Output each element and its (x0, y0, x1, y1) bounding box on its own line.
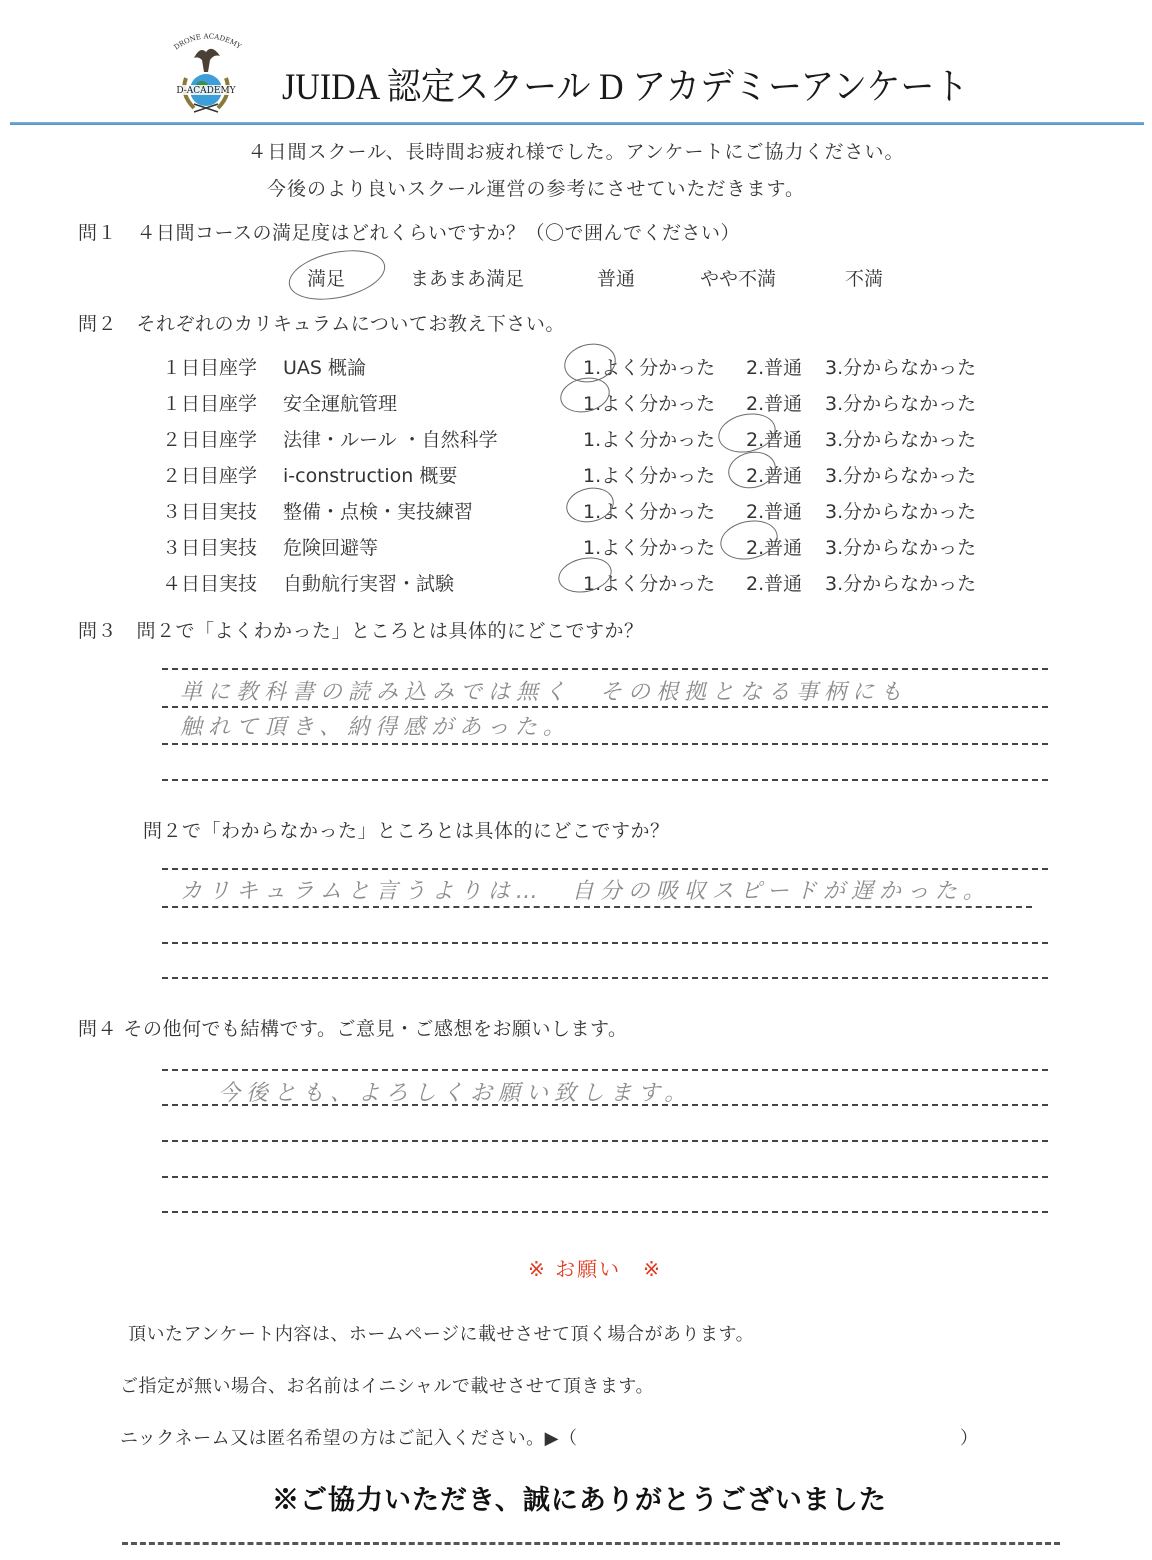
q2-row-3-choice-3[interactable]: 3.分からなかった (825, 425, 976, 452)
svg-text:DRONE ACADEMY: DRONE ACADEMY (173, 32, 243, 51)
q1-label: 問１ ４日間コースの満足度はどれくらいですか？（〇で囲んでください） (78, 218, 740, 245)
header-divider (10, 122, 1144, 125)
q4-answer-line-4[interactable] (162, 1176, 1048, 1178)
q3-answer-text-2: 触れて頂き、納得感があった。 (180, 710, 571, 741)
q3-answer-line-4[interactable] (162, 779, 1048, 781)
notice-title: ※ お願い ※ (528, 1253, 662, 1282)
page-title: JUIDA 認定スクール D アカデミーアンケート (282, 56, 968, 110)
q1-option-dissatisfied[interactable]: 不満 (845, 264, 883, 291)
q3-sub-label: 問２で「わからなかった」ところとは具体的にどこですか？ (143, 816, 670, 843)
q2-row-2-choice-3[interactable]: 3.分からなかった (825, 389, 976, 416)
q1-option-neutral[interactable]: 普通 (597, 264, 635, 291)
q2-row-6-choice-3[interactable]: 3.分からなかった (825, 533, 976, 560)
q2-label: 問２ それぞれのカリキュラムについてお教え下さい。 (78, 309, 565, 336)
q4-answer-text-1: 今後とも、よろしくお願い致します。 (218, 1076, 692, 1107)
q2-row-4-choice-1[interactable]: 1.よく分かった (583, 461, 715, 488)
notice-line-1: 頂いたアンケート内容は、ホームページに載せさせて頂く場合があります。 (128, 1320, 754, 1346)
q3-sub-answer-text-1: カリキュラムと言うよりは… 自分の吸収スピードが遅かった。 (180, 874, 991, 905)
intro-line-1: ４日間スクール、長時間お疲れ様でした。アンケートにご協力ください。 (0, 137, 1152, 164)
q1-selected-circle (284, 242, 389, 307)
nickname-label: ニックネーム又は匿名希望の方はご記入ください。▶（ (120, 1424, 577, 1450)
q2-row-2-subject: 安全運航管理 (283, 389, 397, 416)
notice-line-2: ご指定が無い場合、お名前はイニシャルで載せさせて頂きます。 (120, 1372, 654, 1398)
q2-row-7-subject: 自動航行実習・試験 (283, 569, 454, 596)
q3-sub-answer-line-3[interactable] (162, 942, 1048, 944)
q2-row-7-day: ４日目実技 (162, 569, 257, 596)
q2-row-5-subject: 整備・点検・実技練習 (283, 497, 473, 524)
q2-row-1-subject: UAS 概論 (283, 353, 366, 380)
q2-row-5-choice-3[interactable]: 3.分からなかった (825, 497, 976, 524)
q2-row-3-choice-1[interactable]: 1.よく分かった (583, 425, 715, 452)
q3-sub-answer-line-4[interactable] (162, 977, 1048, 979)
svg-text:D-ACADEMY: D-ACADEMY (176, 86, 236, 96)
q2-row-1-choice-2[interactable]: 2.普通 (746, 353, 802, 380)
q2-row-6-choice-1[interactable]: 1.よく分かった (583, 533, 715, 560)
q3-answer-text-1: 単に教科書の読み込みでは無く その根拠となる事柄にも (180, 675, 908, 706)
q4-answer-line-5[interactable] (162, 1211, 1048, 1213)
nickname-input[interactable] (640, 1424, 950, 1448)
q1-option-somewhat-satisfied[interactable]: まあまあ満足 (410, 264, 524, 291)
q1-option-somewhat-dissatisfied[interactable]: やや不満 (700, 264, 776, 291)
q3-answer-line-2[interactable] (162, 706, 1048, 708)
q2-row-6-subject: 危険回避等 (283, 533, 378, 560)
intro-line-2: 今後のより良いスクール運営の参考にさせていただきます。 (0, 174, 1112, 201)
eagle-globe-laurel-icon: DRONE ACADEMY D-ACADEMY (158, 28, 254, 118)
q4-answer-line-1[interactable] (162, 1069, 1048, 1071)
q4-label: 問４ その他何でも結構です。ご意見・ご感想をお願いします。 (78, 1014, 628, 1041)
q3-sub-answer-line-2[interactable] (162, 906, 1032, 908)
q3-label: 問３ 問２で「よくわかった」ところとは具体的にどこですか？ (78, 616, 644, 643)
q2-row-1-choice-3[interactable]: 3.分からなかった (825, 353, 976, 380)
academy-logo: DRONE ACADEMY D-ACADEMY (158, 28, 254, 118)
q3-sub-answer-line-1[interactable] (162, 868, 1048, 870)
q4-answer-line-3[interactable] (162, 1140, 1048, 1142)
q2-row-4-day: ２日目座学 (162, 461, 257, 488)
q2-row-6-day: ３日目実技 (162, 533, 257, 560)
nickname-close-paren: ） (960, 1424, 979, 1450)
thanks-message: ※ご協力いただき、誠にありがとうございました (272, 1478, 887, 1517)
q3-answer-line-3[interactable] (162, 743, 1048, 745)
bottom-divider (122, 1542, 1060, 1545)
q4-answer-line-2[interactable] (162, 1104, 1048, 1106)
q2-row-7-choice-3[interactable]: 3.分からなかった (825, 569, 976, 596)
q2-row-7-choice-2[interactable]: 2.普通 (746, 569, 802, 596)
q2-row-4-choice-3[interactable]: 3.分からなかった (825, 461, 976, 488)
q2-row-4-subject: i-construction 概要 (283, 461, 457, 488)
q2-row-3-day: ２日目座学 (162, 425, 257, 452)
q2-row-5-day: ３日目実技 (162, 497, 257, 524)
q3-answer-line-1[interactable] (162, 668, 1048, 670)
q2-row-2-day: １日目座学 (162, 389, 257, 416)
q2-row-3-subject: 法律・ルール ・自然科学 (283, 425, 498, 452)
q2-row-2-choice-2[interactable]: 2.普通 (746, 389, 802, 416)
q2-row-1-day: １日目座学 (162, 353, 257, 380)
